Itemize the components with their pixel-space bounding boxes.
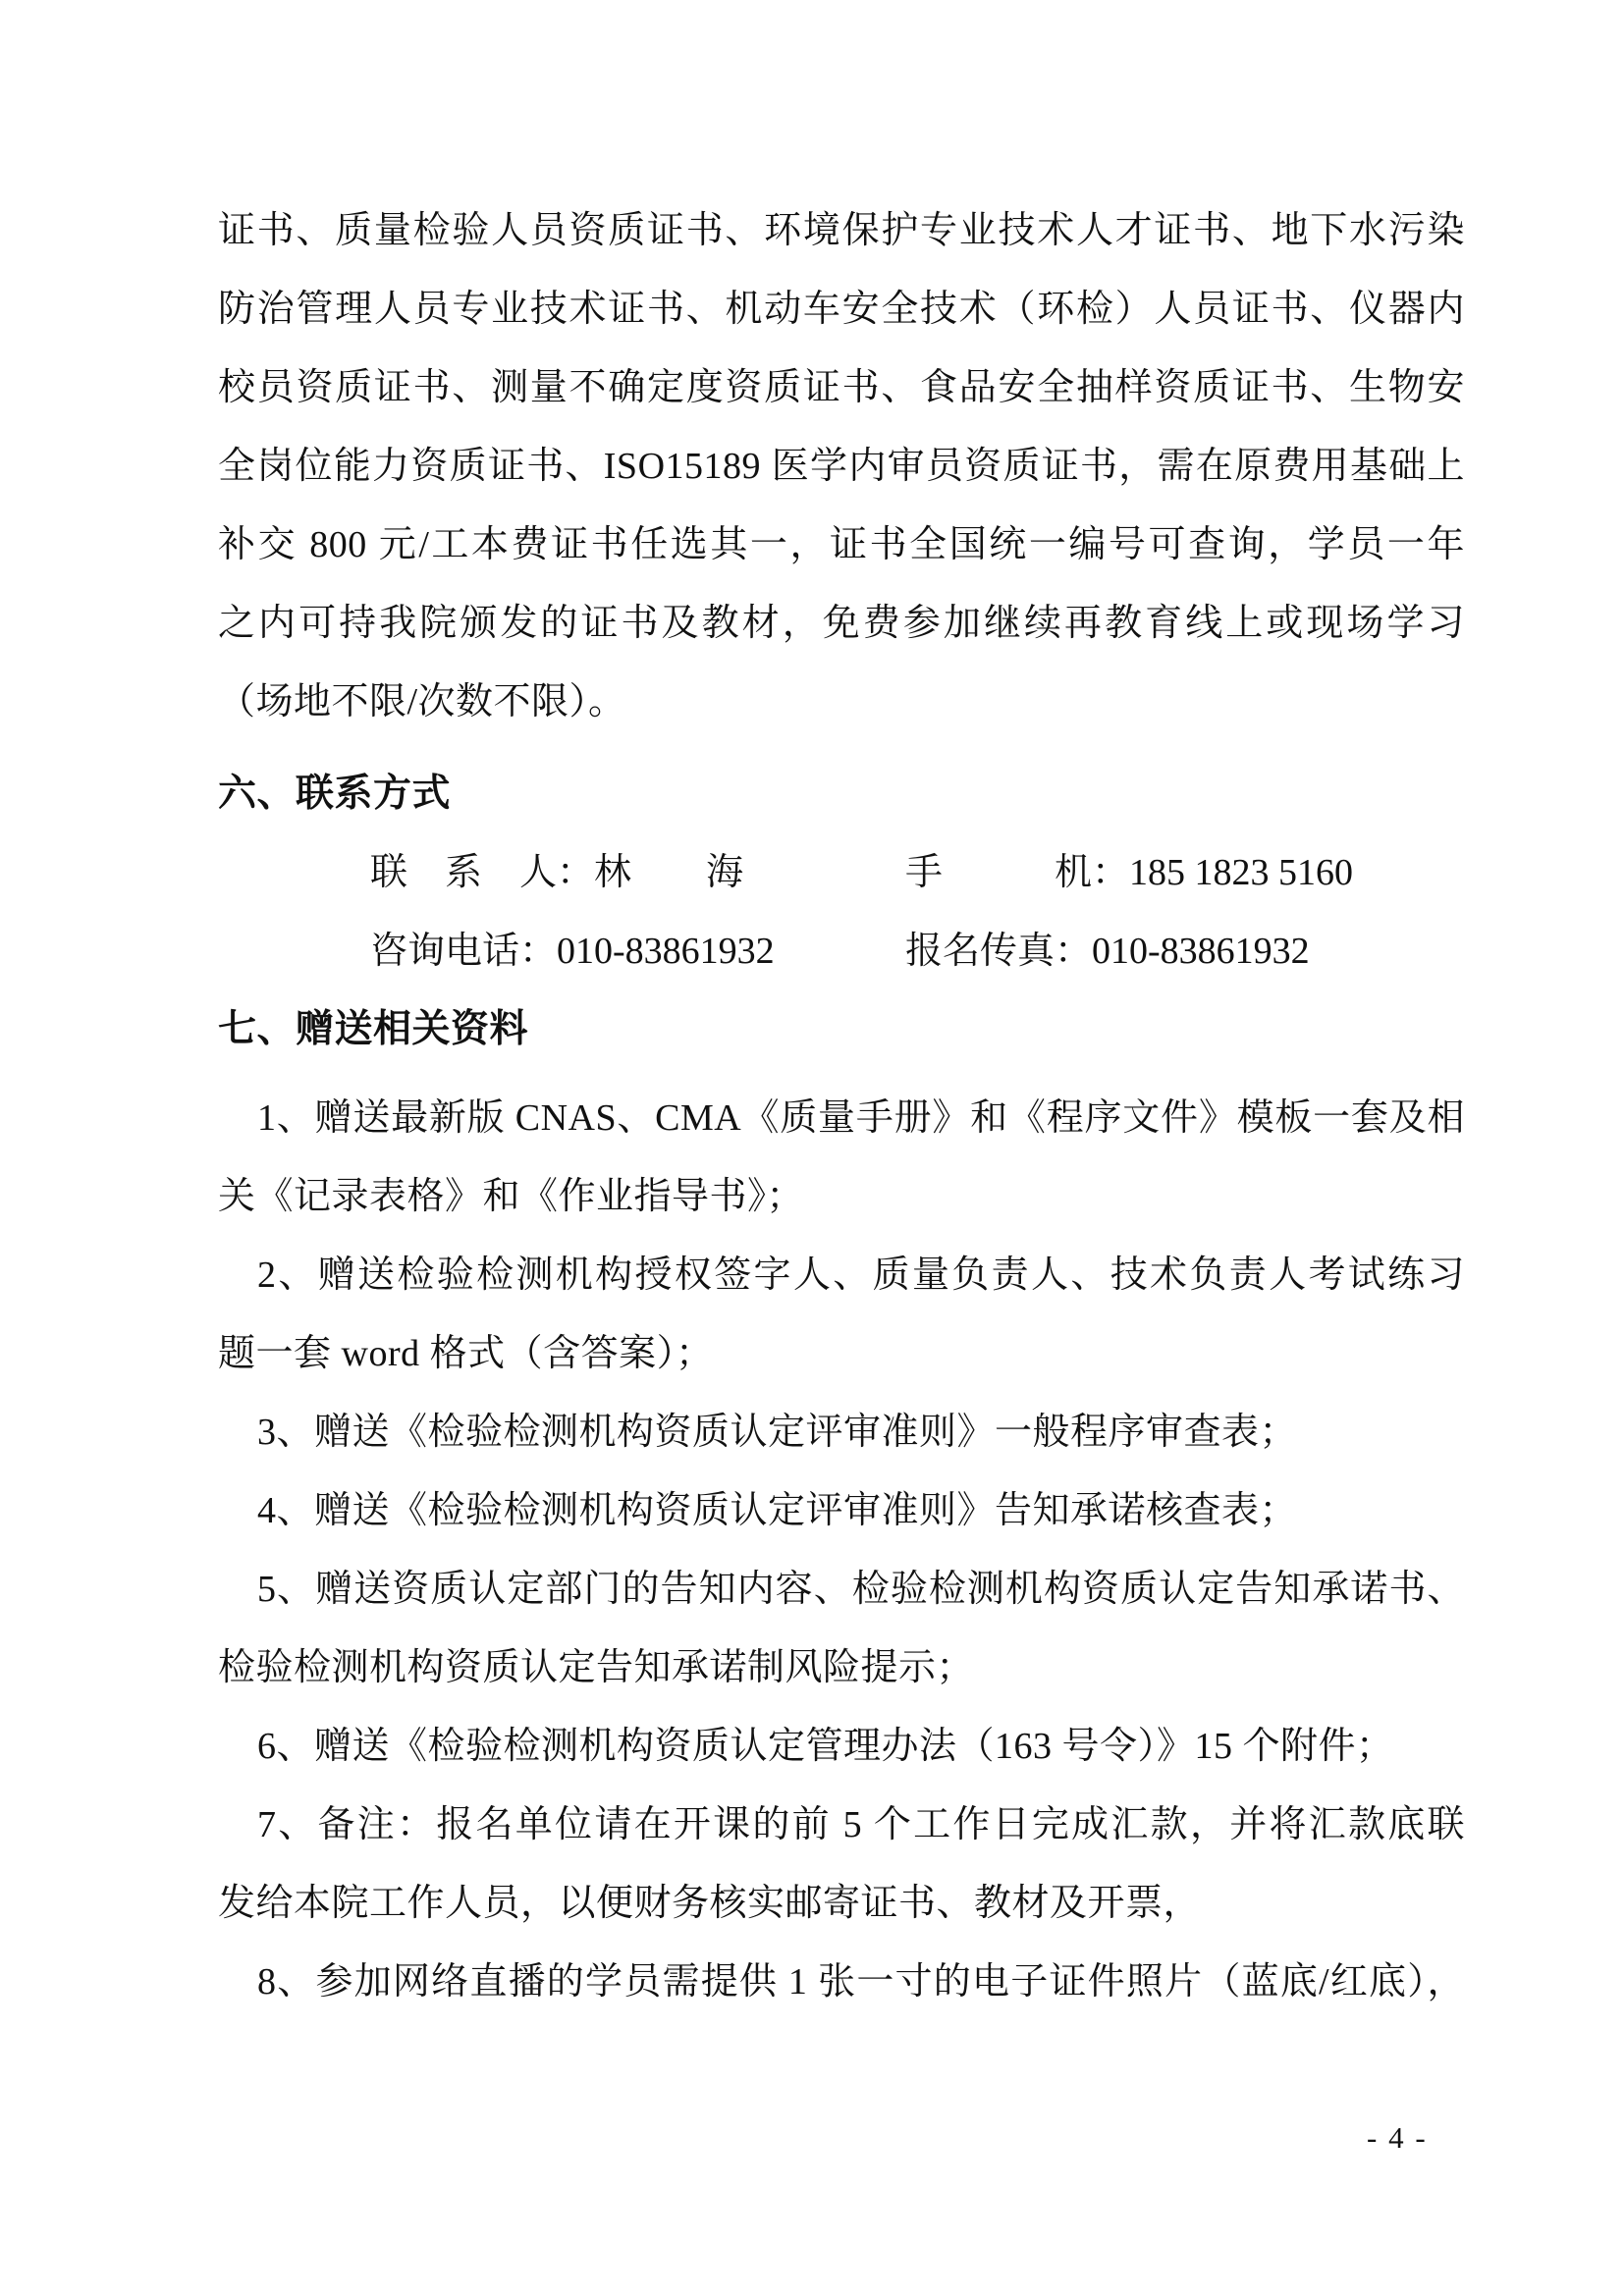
section-heading-materials: 七、赠送相关资料 — [218, 990, 1465, 1069]
list-item-line: 8、参加网络直播的学员需提供 1 张一寸的电子证件照片（蓝底/红底）， — [218, 1943, 1465, 2021]
list-item-line: 题一套 word 格式（含答案）； — [218, 1314, 1465, 1393]
list-item-line: 7、备注：报名单位请在开课的前 5 个工作日完成汇款，并将汇款底联 — [218, 1786, 1465, 1864]
paragraph-line: 之内可持我院颁发的证书及教材，免费参加继续再教育线上或现场学习 — [218, 584, 1465, 663]
list-item-line: 检验检测机构资质认定告知承诺制风险提示； — [218, 1629, 1465, 1707]
list-item-line: 6、赠送《检验检测机构资质认定管理办法（163 号令）》15 个附件； — [218, 1707, 1465, 1786]
paragraph-line: 补交 800 元/工本费证书任选其一，证书全国统一编号可查询，学员一年 — [218, 506, 1465, 584]
paragraph-line: 校员资质证书、测量不确定度资质证书、食品安全抽样资质证书、生物安 — [218, 348, 1465, 427]
list-item-line: 发给本院工作人员，以便财务核实邮寄证书、教材及开票， — [218, 1864, 1465, 1943]
contact-row: 联 系 人：林 海 手 机：185 1823 5160 — [218, 833, 1465, 912]
list-item-line: 5、赠送资质认定部门的告知内容、检验检测机构资质认定告知承诺书、 — [218, 1550, 1465, 1629]
list-item-line: 关《记录表格》和《作业指导书》； — [218, 1157, 1465, 1236]
contact-row: 咨询电话：010-83861932 报名传真：010-83861932 — [218, 912, 1465, 990]
page-number: - 4 - — [1367, 2118, 1428, 2158]
paragraph-line: （场地不限/次数不限）。 — [218, 663, 1465, 741]
contact-person-label: 联 系 人：林 海 — [370, 833, 905, 912]
list-item-line: 4、赠送《检验检测机构资质认定评审准则》告知承诺核查表； — [218, 1471, 1465, 1550]
list-item-line: 3、赠送《检验检测机构资质认定评审准则》一般程序审查表； — [218, 1393, 1465, 1471]
list-item-line: 2、赠送检验检测机构授权签字人、质量负责人、技术负责人考试练习 — [218, 1236, 1465, 1314]
contact-mobile-label: 手 机：185 1823 5160 — [905, 833, 1465, 912]
document-page: 证书、质量检验人员资质证书、环境保护专业技术人才证书、地下水污染 防治管理人员专… — [0, 0, 1624, 2296]
paragraph-line: 证书、质量检验人员资质证书、环境保护专业技术人才证书、地下水污染 — [218, 191, 1465, 270]
document-body: 证书、质量检验人员资质证书、环境保护专业技术人才证书、地下水污染 防治管理人员专… — [218, 191, 1465, 2021]
contact-fax-label: 报名传真：010-83861932 — [905, 912, 1465, 990]
list-item-line: 1、赠送最新版 CNAS、CMA《质量手册》和《程序文件》模板一套及相 — [218, 1079, 1465, 1157]
section-heading-contact: 六、联系方式 — [218, 755, 1465, 833]
paragraph-line: 全岗位能力资质证书、ISO15189 医学内审员资质证书，需在原费用基础上 — [218, 427, 1465, 506]
contact-phone-label: 咨询电话：010-83861932 — [370, 912, 905, 990]
paragraph-line: 防治管理人员专业技术证书、机动车安全技术（环检）人员证书、仪器内 — [218, 270, 1465, 348]
